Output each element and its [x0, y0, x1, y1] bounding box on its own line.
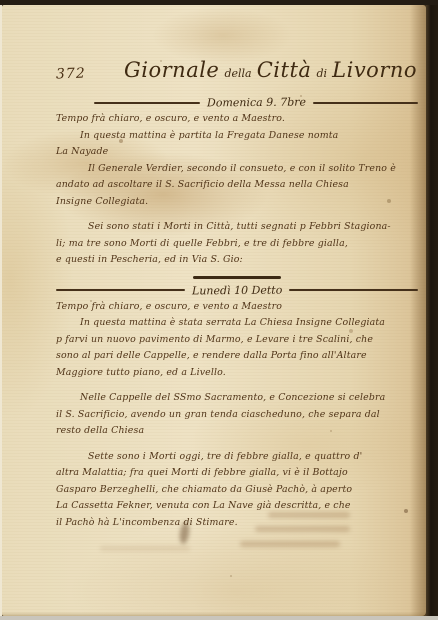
section-heading: Domenica 9. 7bre	[94, 94, 418, 111]
manuscript-line: li; ma tre sono Morti di quelle Febbri, …	[56, 236, 418, 253]
manuscript-line: resto della Chiesa	[56, 423, 418, 440]
top-edge	[0, 0, 438, 5]
page-title: Giornale della Città di Livorno	[124, 58, 416, 82]
manuscript-line: altra Malattia; fra quei Morti di febbre…	[56, 465, 418, 482]
manuscript-line: Il Generale Verdier, secondo il consueto…	[56, 161, 418, 178]
heading-rule-right	[289, 289, 418, 291]
title-word: di	[317, 67, 328, 80]
manuscript-line: Sette sono i Morti oggi, tre di febbre g…	[56, 449, 418, 466]
foxing-speckles	[0, 0, 2, 2]
manuscript-line: Tempo frà chiaro, e oscuro, e vento a Ma…	[56, 111, 418, 128]
manuscript-line: Nelle Cappelle del SSmo Sacramento, e Co…	[56, 390, 418, 407]
manuscript-line: In questa mattina è stata serrata La Chi…	[56, 315, 418, 332]
manuscript-line: La Cassetta Fekner, venuta con La Nave g…	[56, 498, 418, 515]
heading-label: Lunedì 10 Detto	[185, 283, 289, 297]
heading-label: Domenica 9. 7bre	[199, 96, 312, 110]
section-divider	[193, 276, 281, 279]
title-word: Città	[257, 58, 312, 82]
left-page-edge	[0, 5, 2, 616]
manuscript-line: Insigne Collegiata.	[56, 194, 418, 211]
title-word: della	[224, 67, 251, 80]
section-heading: Lunedì 10 Detto	[56, 282, 418, 299]
title-word: Giornale	[124, 58, 219, 82]
page-number: 372	[56, 65, 86, 82]
manuscript-line: e questi in Pescheria, ed in Via S. Gio:	[56, 252, 418, 269]
title-word: Livorno	[332, 58, 417, 82]
heading-rule-right	[313, 102, 419, 104]
manuscript-line: il Pachò hà L'incombenza di Stimare.	[56, 515, 418, 532]
page-header: 372 Giornale della Città di Livorno	[56, 58, 416, 92]
manuscript-line: il S. Sacrificio, avendo un gran tenda c…	[56, 407, 418, 424]
manuscript-scan: 372 Giornale della Città di Livorno Dome…	[0, 0, 438, 620]
manuscript-line: Sei sono stati i Morti in Città, tutti s…	[56, 219, 418, 236]
manuscript-line: In questa mattina è partita la Fregata D…	[56, 128, 418, 145]
manuscript-line: sono al pari delle Cappelle, e rendere d…	[56, 348, 418, 365]
manuscript-line: La Nayade	[56, 144, 418, 161]
manuscript-line: Gasparo Berzeghelli, che chiamato da Giu…	[56, 482, 418, 499]
manuscript-line: Tempo frà chiaro, e oscuro, e vento a Ma…	[56, 299, 418, 316]
bottom-backing	[0, 616, 438, 620]
manuscript-body: Domenica 9. 7breTempo frà chiaro, e oscu…	[56, 94, 418, 531]
manuscript-line: andato ad ascoltare il S. Sacrificio del…	[56, 177, 418, 194]
heading-rule-left	[56, 289, 185, 291]
heading-rule-left	[94, 102, 200, 104]
book-edge	[426, 0, 438, 620]
manuscript-line: p farvi un nuovo pavimento di Marmo, e L…	[56, 332, 418, 349]
manuscript-line: Maggiore tutto piano, ed a Livello.	[56, 365, 418, 382]
bleedthrough-mark	[100, 546, 190, 551]
bleedthrough-mark	[240, 541, 340, 547]
